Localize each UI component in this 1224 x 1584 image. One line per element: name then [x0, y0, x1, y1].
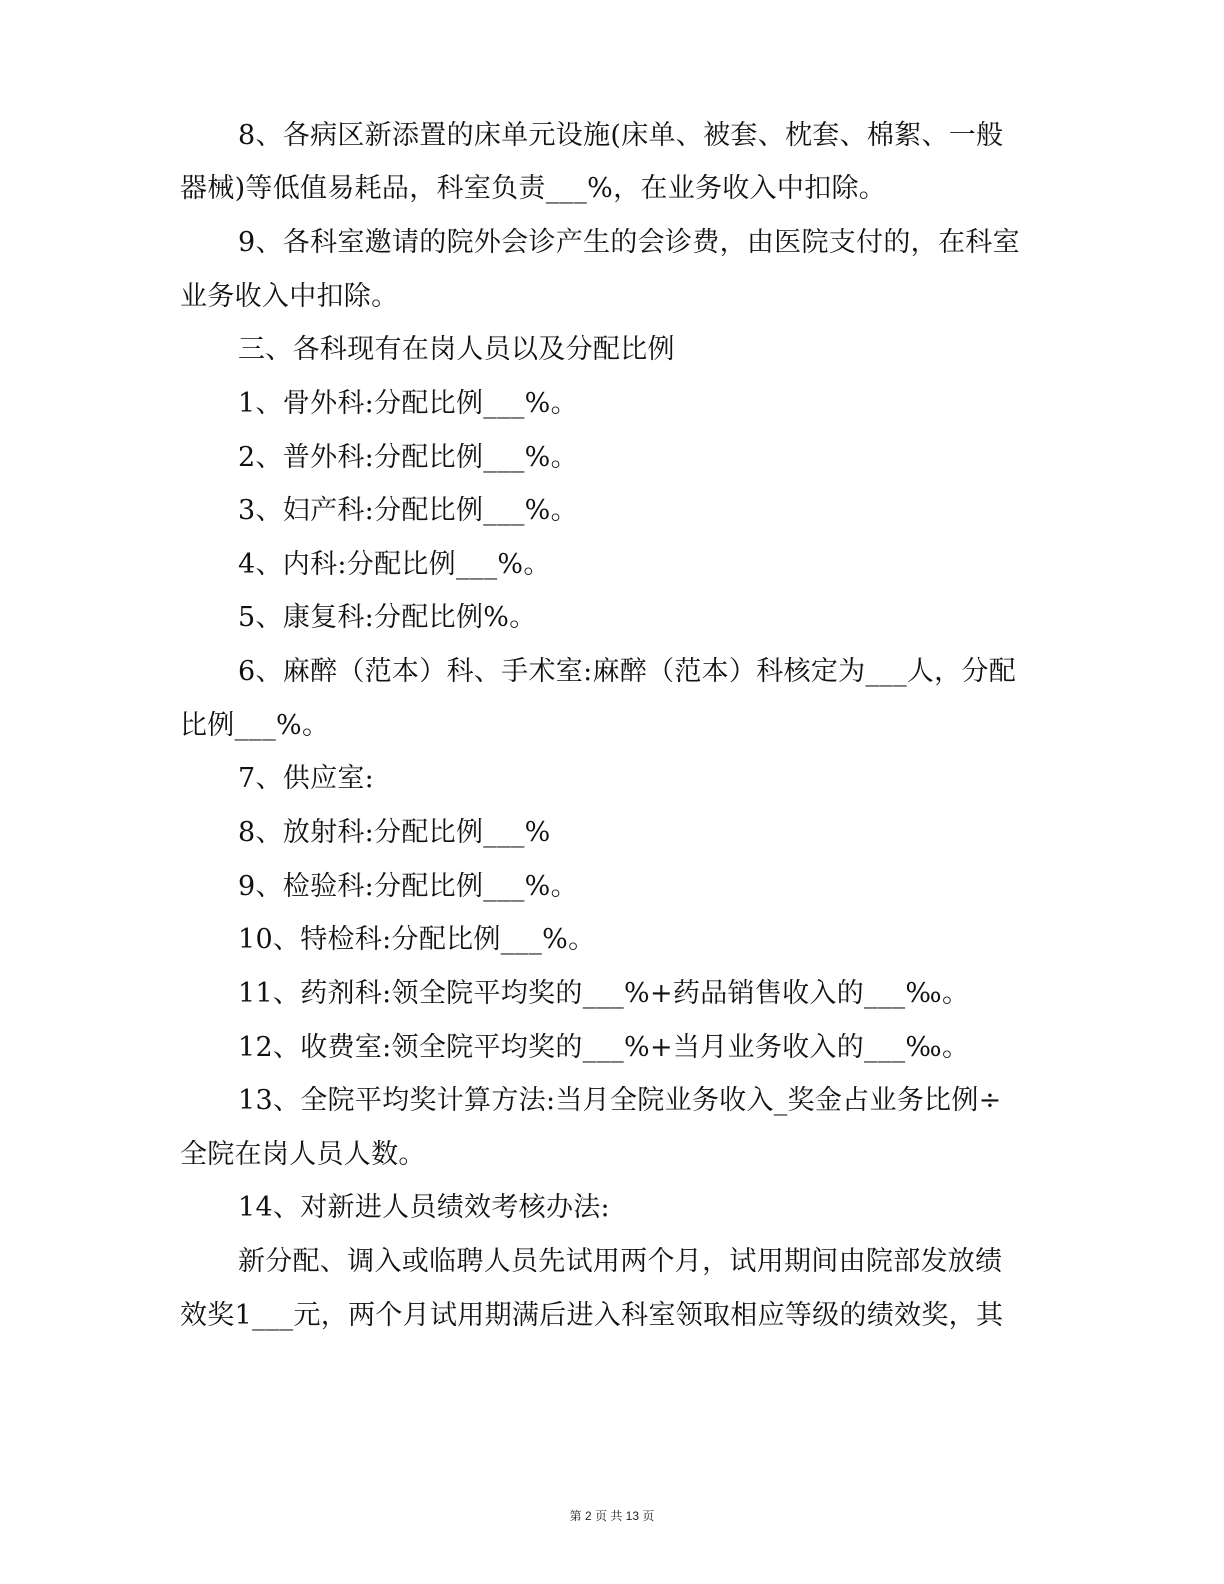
paragraph-line: 比例___%。 — [180, 708, 329, 744]
list-item: 6、麻醉（范本）科、手术室:麻醉（范本）科核定为___人，分配 — [238, 654, 1016, 690]
list-item: 5、康复科:分配比例%。 — [238, 600, 537, 636]
list-item: 9、检验科:分配比例___%。 — [238, 869, 578, 905]
list-item: 7、供应室: — [238, 761, 374, 797]
list-item: 1、骨外科:分配比例___%。 — [238, 386, 578, 422]
paragraph-line: 8、各病区新添置的床单元设施(床单、被套、枕套、棉絮、一般 — [238, 118, 1003, 154]
section-heading: 三、各科现有在岗人员以及分配比例 — [238, 332, 675, 368]
list-item: 8、放射科:分配比例___% — [238, 815, 551, 851]
list-item: 3、妇产科:分配比例___%。 — [238, 493, 578, 529]
document-page: 8、各病区新添置的床单元设施(床单、被套、枕套、棉絮、一般 器械)等低值易耗品，… — [0, 0, 1224, 1584]
list-item: 13、全院平均奖计算方法:当月全院业务收入_奖金占业务比例÷ — [238, 1083, 1002, 1119]
paragraph-line: 9、各科室邀请的院外会诊产生的会诊费，由医院支付的，在科室 — [238, 225, 1020, 261]
list-item: 14、对新进人员绩效考核办法: — [238, 1190, 610, 1226]
paragraph-line: 业务收入中扣除。 — [180, 279, 398, 315]
paragraph-line: 器械)等低值易耗品，科室负责___%，在业务收入中扣除。 — [180, 171, 886, 207]
page-number-footer: 第 2 页 共 13 页 — [0, 1507, 1224, 1524]
list-item: 4、内科:分配比例___%。 — [238, 547, 551, 583]
paragraph-line: 新分配、调入或临聘人员先试用两个月，试用期间由院部发放绩 — [238, 1244, 1002, 1280]
list-item: 2、普外科:分配比例___%。 — [238, 440, 578, 476]
paragraph-line: 效奖1___元，两个月试用期满后进入科室领取相应等级的绩效奖，其 — [180, 1298, 1003, 1334]
list-item: 12、收费室:领全院平均奖的___%+当月业务收入的___‰。 — [238, 1030, 969, 1066]
list-item: 10、特检科:分配比例___%。 — [238, 922, 595, 958]
paragraph-line: 全院在岗人员人数。 — [180, 1137, 426, 1173]
list-item: 11、药剂科:领全院平均奖的___%+药品销售收入的___‰。 — [238, 976, 969, 1012]
